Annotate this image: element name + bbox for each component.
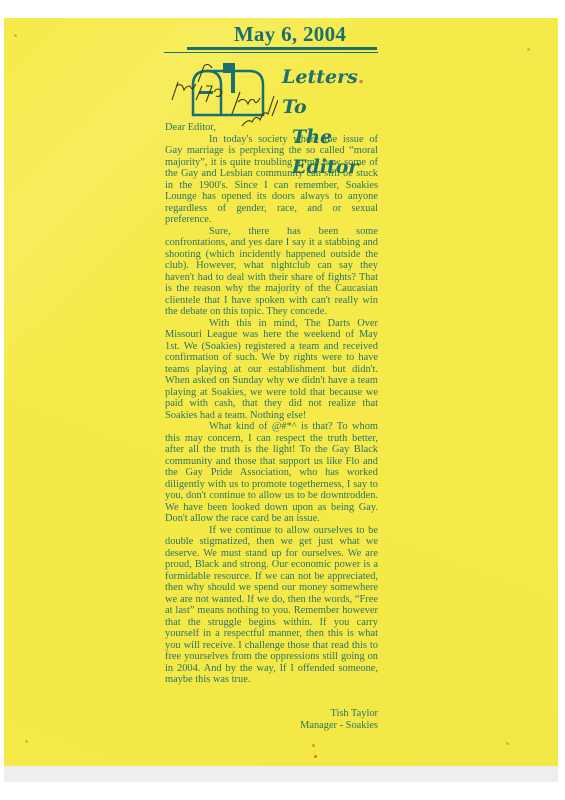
title-to: To bbox=[282, 96, 307, 118]
handwritten-annotation bbox=[168, 56, 278, 128]
paragraph: If we continue to allow ourselves to be … bbox=[165, 525, 378, 686]
paper-speck bbox=[314, 755, 317, 758]
paper-speck bbox=[14, 34, 17, 37]
paragraph: What kind of @#*^ is that? To whom this … bbox=[165, 421, 378, 525]
paragraph: With this in mind, The Darts Over Missou… bbox=[165, 318, 378, 422]
signature-block: Tish Taylor Manager - Soakies bbox=[300, 708, 378, 732]
paragraph: In today's society where the issue of Ga… bbox=[165, 134, 378, 226]
signature-title: Manager - Soakies bbox=[300, 720, 378, 732]
paper-speck bbox=[312, 744, 315, 747]
publication-date: May 6, 2004 bbox=[210, 22, 370, 47]
signature-name: Tish Taylor bbox=[300, 708, 378, 720]
salutation: Dear Editor, bbox=[165, 122, 378, 134]
header-rule bbox=[187, 47, 377, 50]
paper-speck bbox=[25, 740, 28, 743]
title-letters: Letters bbox=[282, 66, 358, 88]
letter-body: Dear Editor, In today's society where th… bbox=[165, 122, 378, 686]
scan-margin bbox=[4, 766, 558, 782]
paper-speck bbox=[506, 742, 509, 745]
paragraph: Sure, there has been some confrontations… bbox=[165, 226, 378, 318]
header-rule-thin bbox=[164, 52, 378, 53]
paper-speck bbox=[527, 48, 530, 51]
